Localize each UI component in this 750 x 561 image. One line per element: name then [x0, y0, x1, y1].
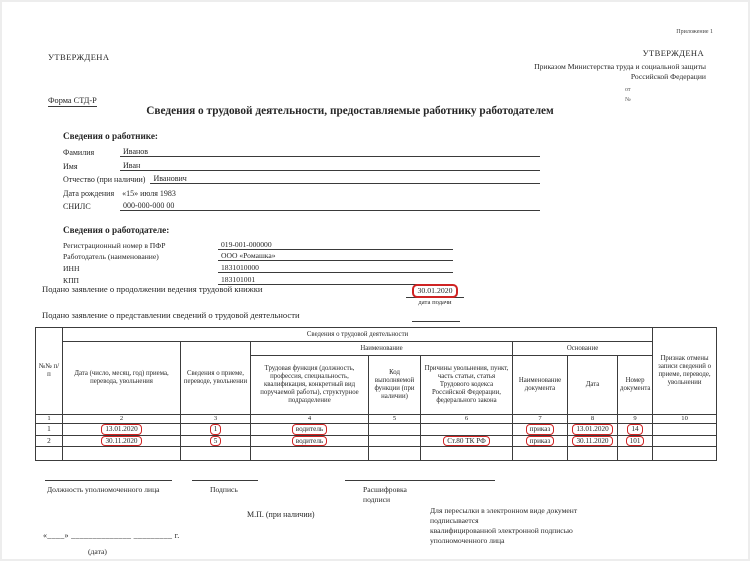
- doc-name-cell: приказ: [513, 435, 568, 447]
- employer-section: Сведения о работодателе: Регистрационный…: [63, 225, 453, 285]
- doc-number-cell: 101: [618, 435, 653, 447]
- date-cell: 13.01.2020: [63, 424, 181, 436]
- employer-kpp-row: КПП 183101001: [63, 273, 453, 285]
- col-header-doc-date: Дата: [568, 356, 618, 415]
- table-subgroup-header-row: Дата (число, месяц, год) приема, перевод…: [36, 342, 717, 356]
- signature-caption: Подпись: [210, 485, 238, 494]
- electronic-signature-note: Для пересылки в электронном виде докумен…: [430, 506, 648, 546]
- table-row: 1 13.01.2020 1 водитель приказ 13.01.202…: [36, 424, 717, 436]
- col-header-doc-number: Номер документа: [618, 356, 653, 415]
- col-header-reason: Причины увольнения, пункт, часть статьи,…: [421, 356, 513, 415]
- function-cell: водитель: [251, 435, 369, 447]
- column-number: 9: [618, 415, 653, 424]
- col-header-doc-name: Наименование документа: [513, 356, 568, 415]
- col-header-cancel-flag: Признак отмены записи сведений о приеме,…: [653, 328, 717, 415]
- column-number: 1: [36, 415, 63, 424]
- reason-cell: Ст.80 ТК РФ: [421, 435, 513, 447]
- birthdate-value: «15» июля 1983: [119, 189, 540, 198]
- surname-label: Фамилия: [63, 148, 120, 157]
- code-cell: [369, 435, 421, 447]
- info-cell: 1: [181, 424, 251, 436]
- inn-value: 1831010000: [218, 263, 453, 273]
- info-cell: 5: [181, 435, 251, 447]
- highlight-box: приказ: [526, 424, 555, 435]
- date-fill-line: «____» ______________ _________ г.: [43, 531, 180, 540]
- surname-value: Иванов: [120, 147, 540, 157]
- column-number: 8: [568, 415, 618, 424]
- column-number: 7: [513, 415, 568, 424]
- column-number: 2: [63, 415, 181, 424]
- reason-cell: [421, 424, 513, 436]
- doc-number-cell: 14: [618, 424, 653, 436]
- empty-cell: [653, 447, 717, 461]
- empty-cell: [63, 447, 181, 461]
- employer-name-value: ООО «Ромашка»: [218, 251, 453, 261]
- highlight-box: 13.01.2020: [572, 424, 612, 435]
- name-label: Имя: [63, 162, 120, 171]
- empty-cell: [369, 447, 421, 461]
- subgroup-name: Наименование: [251, 342, 513, 356]
- birthdate-label: Дата рождения: [63, 189, 119, 198]
- empty-cell: [181, 447, 251, 461]
- inn-label: ИНН: [63, 264, 218, 273]
- highlight-box: водитель: [292, 436, 327, 447]
- position-caption: Должность уполномоченного лица: [47, 485, 160, 494]
- transcript-caption: Расшифровка подписи: [363, 485, 407, 504]
- highlight-box: 14: [627, 424, 642, 435]
- table-row: 2 30.11.2020 5 водитель Ст.80 ТК РФ прик…: [36, 435, 717, 447]
- pfr-number-value: 019-001-000000: [218, 240, 453, 250]
- employee-snils-row: СНИЛС 000-000-000 00: [63, 198, 540, 211]
- approved-stamp-left: УТВЕРЖДЕНА: [48, 52, 109, 62]
- snils-label: СНИЛС: [63, 202, 120, 211]
- cancel-flag-cell: [653, 424, 717, 436]
- column-number: 10: [653, 415, 717, 424]
- doc-date-cell: 13.01.2020: [568, 424, 618, 436]
- statement-continuation-date-slot: 30.01.2020: [406, 280, 464, 298]
- stamp-note: М.П. (при наличии): [247, 510, 315, 519]
- empty-cell: [251, 447, 369, 461]
- page-title: Сведения о трудовой деятельности, предос…: [25, 105, 675, 117]
- table-row-empty: [36, 447, 717, 461]
- doc-date-cell: 30.11.2020: [568, 435, 618, 447]
- statement-continuation-label: Подано заявление о продолжении ведения т…: [42, 284, 262, 294]
- patronymic-label: Отчество (при наличии): [63, 175, 150, 184]
- employee-section-title: Сведения о работнике:: [63, 131, 540, 141]
- transcript-signature-line: [345, 480, 495, 481]
- employee-surname-row: Фамилия Иванов: [63, 144, 540, 157]
- subgroup-basis: Основание: [513, 342, 653, 356]
- highlight-box: 30.11.2020: [572, 436, 612, 447]
- highlight-box: 1: [210, 424, 222, 435]
- empty-cell: [568, 447, 618, 461]
- col-header-info: Сведения о приеме, переводе, увольнении: [181, 342, 251, 415]
- snils-value: 000-000-000 00: [120, 201, 540, 211]
- approved-by-order: Приказом Министерства труда и социальной…: [534, 62, 706, 82]
- patronymic-value: Иванович: [150, 174, 540, 184]
- column-number: 5: [369, 415, 421, 424]
- employer-name-row: Работодатель (наименование) ООО «Ромашка…: [63, 250, 453, 262]
- employee-patronymic-row: Отчество (при наличии) Иванович: [63, 171, 540, 184]
- doc-name-cell: приказ: [513, 424, 568, 436]
- employee-section: Сведения о работнике: Фамилия Иванов Имя…: [63, 131, 540, 211]
- highlight-box: 30.11.2020: [101, 436, 141, 447]
- table-group-title: Сведения о трудовой деятельности: [63, 328, 653, 342]
- employer-name-label: Работодатель (наименование): [63, 252, 218, 261]
- column-number: 6: [421, 415, 513, 424]
- date-fill-caption: (дата): [88, 547, 107, 556]
- empty-cell: [36, 447, 63, 461]
- column-number: 3: [181, 415, 251, 424]
- cancel-flag-cell: [653, 435, 717, 447]
- employee-birthdate-row: Дата рождения «15» июля 1983: [63, 184, 540, 197]
- statement-provision-date-slot: [412, 309, 460, 322]
- signature-line: [192, 480, 258, 481]
- std-r-form-page: { "colors": { "highlight_red": "#cf2323"…: [0, 0, 750, 561]
- order-number-label: №: [625, 97, 631, 103]
- column-number: 4: [251, 415, 369, 424]
- col-header-date: Дата (число, месяц, год) приема, перевод…: [63, 342, 181, 415]
- empty-cell: [421, 447, 513, 461]
- work-activity-table: №№ п/п Сведения о трудовой деятельности …: [35, 327, 717, 461]
- employee-name-row: Имя Иван: [63, 157, 540, 170]
- empty-cell: [618, 447, 653, 461]
- date-caption: дата подачи: [406, 299, 464, 306]
- col-header-code: Код выполняемой функции (при наличии): [369, 356, 421, 415]
- employer-inn-row: ИНН 1831010000: [63, 261, 453, 273]
- statement-continuation-date-highlight: 30.01.2020: [412, 284, 457, 298]
- highlight-box: 5: [210, 436, 222, 447]
- statement-provision-label: Подано заявление о представлении сведени…: [42, 310, 300, 320]
- empty-cell: [513, 447, 568, 461]
- employer-pfr-row: Регистрационный номер в ПФР 019-001-0000…: [63, 238, 453, 250]
- highlight-box: 101: [626, 436, 645, 447]
- table-group-header-row: №№ п/п Сведения о трудовой деятельности …: [36, 328, 717, 342]
- highlight-box: Ст.80 ТК РФ: [443, 436, 490, 447]
- date-cell: 30.11.2020: [63, 435, 181, 447]
- highlight-box: 13.01.2020: [101, 424, 141, 435]
- annex-number: Приложение 1: [676, 29, 713, 35]
- employer-section-title: Сведения о работодателе:: [63, 225, 453, 235]
- col-header-npp: №№ п/п: [36, 328, 63, 415]
- row-number-cell: 2: [36, 435, 63, 447]
- pfr-number-label: Регистрационный номер в ПФР: [63, 241, 218, 250]
- name-value: Иван: [120, 161, 540, 171]
- row-number-cell: 1: [36, 424, 63, 436]
- highlight-box: водитель: [292, 424, 327, 435]
- column-numbers-row: 1 2 3 4 5 6 7 8 9 10: [36, 415, 717, 424]
- col-header-function: Трудовая функция (должность, профессия, …: [251, 356, 369, 415]
- code-cell: [369, 424, 421, 436]
- function-cell: водитель: [251, 424, 369, 436]
- approved-stamp-right: УТВЕРЖДЕНА: [643, 48, 704, 58]
- position-signature-line: [45, 480, 172, 481]
- highlight-box: приказ: [526, 436, 555, 447]
- order-from-label: от: [625, 87, 631, 93]
